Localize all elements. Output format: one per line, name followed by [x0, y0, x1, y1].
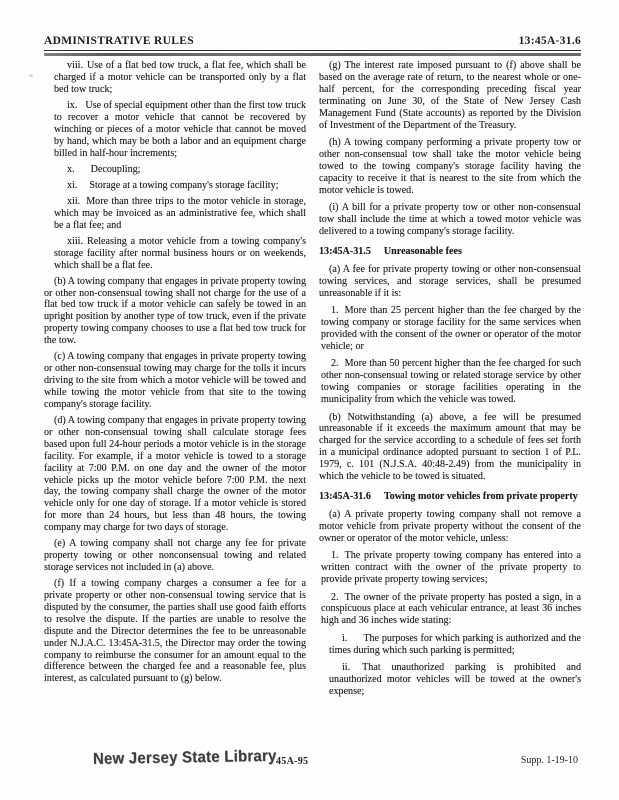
list-item-text: Storage at a towing company's storage fa… — [89, 180, 278, 191]
list-marker: i. — [342, 633, 347, 644]
paragraph-31-4-c: (c) A towing company that engages in pri… — [44, 351, 306, 411]
list-item-i: i.The purposes for which parking is auth… — [329, 633, 581, 657]
paragraph-31-4-f: (f) If a towing company charges a consum… — [44, 578, 306, 685]
supplement-date: Supp. 1-19-10 — [521, 755, 578, 766]
document-page: ADMINISTRATIVE RULES 13:45A-31.6 viii.Us… — [0, 0, 619, 800]
header-rule-thick — [44, 53, 581, 56]
list-item-viii: viii.Use of a flat bed tow truck, a flat… — [54, 60, 306, 96]
list-marker: 1. — [331, 550, 339, 561]
list-item-x: x.Decoupling; — [54, 164, 306, 176]
list-item-ix: ix.Use of special equipment other than t… — [54, 100, 306, 160]
paragraph-31-4-h: (h) A towing company performing a privat… — [319, 137, 581, 197]
list-marker: 2. — [331, 592, 339, 603]
section-title: Towing motor vehicles from private prope… — [384, 491, 581, 503]
section-number: 13:45A-31.5 — [319, 246, 371, 258]
paragraph-31-5-a: (a) A fee for private property towing or… — [319, 264, 581, 300]
list-item-text: Use of special equipment other than the … — [54, 100, 306, 159]
paragraph-31-4-d: (d) A towing company that engages in pri… — [44, 415, 306, 534]
list-item-text: More than 25 percent higher than the fee… — [321, 305, 581, 352]
section-title: Unreasonable fees — [384, 246, 581, 258]
list-item-ii: ii.That unauthorized parking is prohibit… — [329, 662, 581, 698]
list-item-text: More than 50 percent higher than the fee… — [321, 358, 581, 405]
left-column: viii.Use of a flat bed tow truck, a flat… — [44, 60, 306, 704]
list-item-2: 2.More than 50 percent higher than the f… — [321, 358, 581, 406]
page-header: ADMINISTRATIVE RULES 13:45A-31.6 — [44, 35, 581, 56]
paragraph-31-4-b: (b) A towing company that engages in pri… — [44, 276, 306, 347]
section-number: 13:45A-31.6 — [319, 491, 371, 503]
list-marker: ix. — [67, 100, 77, 111]
library-stamp: New Jersey State Library — [93, 748, 277, 769]
list-item-text: The owner of the private property has po… — [321, 592, 581, 627]
page-footer: New Jersey State Library 45A-95 Supp. 1-… — [0, 748, 619, 788]
list-marker: 1. — [331, 305, 339, 316]
list-marker: xii. — [67, 196, 80, 207]
list-marker: viii. — [67, 60, 83, 71]
list-marker: 2. — [331, 358, 339, 369]
right-column: (g) The interest rate imposed pursuant t… — [319, 60, 581, 704]
section-heading-31-5: 13:45A-31.5 Unreasonable fees — [319, 246, 581, 258]
list-item-xiii: xiii.Releasing a motor vehicle from a to… — [54, 236, 306, 272]
list-item-xii: xii.More than three trips to the motor v… — [54, 196, 306, 232]
list-item-text: The private property towing company has … — [321, 550, 581, 585]
paragraph-31-4-i: (i) A bill for a private property tow or… — [319, 202, 581, 238]
paragraph-31-4-g: (g) The interest rate imposed pursuant t… — [319, 60, 581, 131]
paragraph-31-4-e: (e) A towing company shall not charge an… — [44, 538, 306, 574]
list-item-text: Releasing a motor vehicle from a towing … — [54, 236, 306, 271]
list-item-text: Use of a flat bed tow truck, a flat fee,… — [54, 60, 306, 95]
list-item-text: That unauthorized parking is prohibited … — [329, 662, 581, 697]
page-number: 45A-95 — [276, 756, 308, 767]
list-item-text: The purposes for which parking is author… — [329, 633, 581, 656]
list-item-xi: xi.Storage at a towing company's storage… — [54, 180, 306, 192]
scan-speck — [29, 74, 33, 77]
list-marker: xiii. — [67, 236, 83, 247]
paragraph-31-5-b: (b) Notwithstanding (a) above, a fee wil… — [319, 412, 581, 483]
text-columns: viii.Use of a flat bed tow truck, a flat… — [44, 60, 581, 704]
paragraph-31-6-a: (a) A private property towing company sh… — [319, 509, 581, 545]
list-marker: x. — [67, 164, 75, 175]
list-item-text: Decoupling; — [91, 164, 141, 175]
list-item-1: 1.The private property towing company ha… — [321, 550, 581, 586]
list-marker: ii. — [342, 662, 350, 673]
list-item-2: 2.The owner of the private property has … — [321, 592, 581, 628]
running-head-title: ADMINISTRATIVE RULES — [44, 35, 194, 47]
running-head-section: 13:45A-31.6 — [519, 35, 581, 47]
list-item-1: 1.More than 25 percent higher than the f… — [321, 305, 581, 353]
list-item-text: More than three trips to the motor vehic… — [54, 196, 306, 231]
header-rule-thin — [44, 50, 581, 51]
list-marker: xi. — [67, 180, 77, 191]
section-heading-31-6: 13:45A-31.6 Towing motor vehicles from p… — [319, 491, 581, 503]
